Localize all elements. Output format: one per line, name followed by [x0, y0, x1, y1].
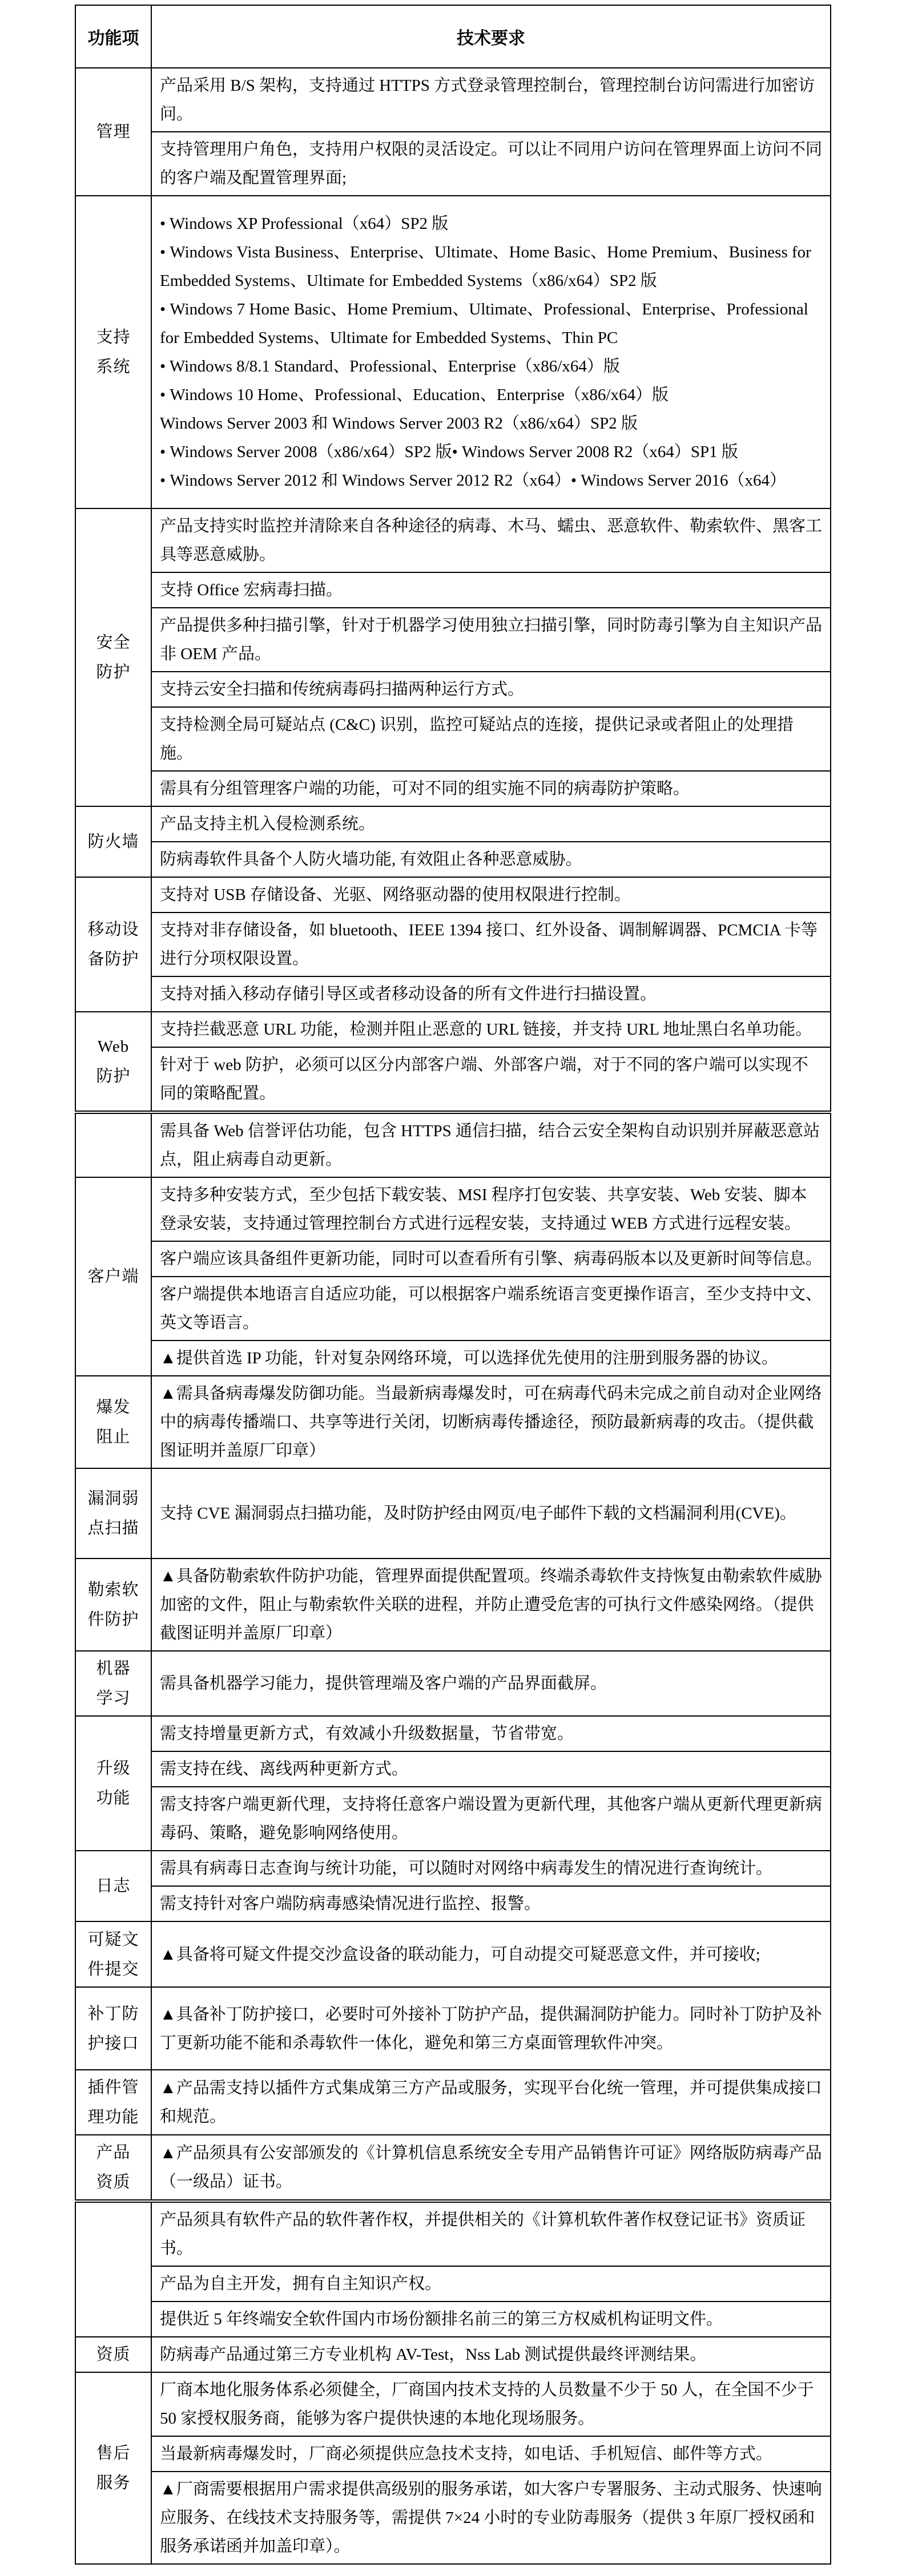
group-label-management: 管理	[75, 68, 151, 196]
table-row: 需支持针对客户端防病毒感染情况进行监控、报警。	[75, 1886, 831, 1921]
table-row: 支持 Office 宏病毒扫描。	[75, 572, 831, 608]
requirement-cell: ▲需具备病毒爆发防御功能。当最新病毒爆发时，可在病毒代码未完成之前自动对企业网络…	[151, 1376, 831, 1468]
requirement-cell: 支持对非存储设备，如 bluetooth、IEEE 1394 接口、红外设备、调…	[151, 912, 831, 976]
table-header-row: 功能项 技术要求	[75, 5, 831, 68]
table-row: 产品须具有软件产品的软件著作权，并提供相关的《计算机软件著作权登记证书》资质证书…	[75, 2201, 831, 2266]
requirement-cell: 产品支持实时监控并清除来自各种途径的病毒、木马、蠕虫、恶意软件、勒索软件、黑客工…	[151, 508, 831, 572]
requirement-cell: 需支持客户端更新代理，支持将任意客户端设置为更新代理，其他客户端从更新代理更新病…	[151, 1787, 831, 1851]
group-label-upgrade: 升级 功能	[75, 1716, 151, 1851]
requirement-cell: 需具备 Web 信誉评估功能，包含 HTTPS 通信扫描，结合云安全架构自动识别…	[151, 1112, 831, 1177]
table-row: 当最新病毒爆发时，厂商必须提供应急技术支持，如电话、手机短信、邮件等方式。	[75, 2436, 831, 2472]
requirement-cell: 当最新病毒爆发时，厂商必须提供应急技术支持，如电话、手机短信、邮件等方式。	[151, 2436, 831, 2472]
table-row: 产品提供多种扫描引擎，针对于机器学习使用独立扫描引擎，同时防毒引擎为自主知识产品…	[75, 608, 831, 672]
group-label-client: 客户端	[75, 1177, 151, 1376]
requirement-cell: 支持云安全扫描和传统病毒码扫描两种运行方式。	[151, 672, 831, 707]
table-row: 客户端 支持多种安装方式，至少包括下载安装、MSI 程序打包安装、共享安装、We…	[75, 1177, 831, 1241]
table-row: 升级 功能 需支持增量更新方式，有效减小升级数据量，节省带宽。	[75, 1716, 831, 1751]
table-row: 补丁防 护接口 ▲具备补丁防护接口，必要时可外接补丁防护产品，提供漏洞防护能力。…	[75, 1987, 831, 2070]
requirement-cell: 产品为自主开发，拥有自主知识产权。	[151, 2266, 831, 2302]
group-label-copyright-qualification-empty	[75, 2201, 151, 2337]
group-label-after-sales-service: 售后 服务	[75, 2372, 151, 2564]
requirement-cell: 产品支持主机入侵检测系统。	[151, 806, 831, 842]
requirement-cell: 厂商本地化服务体系必须健全，厂商国内技术支持的人员数量不少于 50 人，在全国不…	[151, 2372, 831, 2436]
table-row: 产品为自主开发，拥有自主知识产权。	[75, 2266, 831, 2302]
requirement-cell: 防病毒产品通过第三方专业机构 AV-Test，Nss Lab 测试提供最终评测结…	[151, 2337, 831, 2372]
group-label-mobile-device-protection: 移动设 备防护	[75, 877, 151, 1012]
table-row: 支持 系统 • Windows XP Professional（x64）SP2 …	[75, 196, 831, 508]
requirement-cell: 需支持针对客户端防病毒感染情况进行监控、报警。	[151, 1886, 831, 1921]
group-label-logs: 日志	[75, 1851, 151, 1921]
table-row: 需支持客户端更新代理，支持将任意客户端设置为更新代理，其他客户端从更新代理更新病…	[75, 1787, 831, 1851]
requirement-cell: 需具备机器学习能力，提供管理端及客户端的产品界面截屏。	[151, 1651, 831, 1716]
requirement-cell: 需支持增量更新方式，有效减小升级数据量，节省带宽。	[151, 1716, 831, 1751]
table-row: 支持管理用户角色，支持用户权限的灵活设定。可以让不同用户访问在管理界面上访问不同…	[75, 132, 831, 196]
group-label-firewall: 防火墙	[75, 806, 151, 877]
requirement-cell: 客户端提供本地语言自适应功能，可以根据客户端系统语言变更操作语言，至少支持中文、…	[151, 1277, 831, 1341]
group-label-ransomware-protection: 勒索软 件防护	[75, 1558, 151, 1651]
group-label-web-protection: Web 防护	[75, 1012, 151, 1112]
requirement-cell: 支持对 USB 存储设备、光驱、网络驱动器的使用权限进行控制。	[151, 877, 831, 912]
table-row: 管理 产品采用 B/S 架构，支持通过 HTTPS 方式登录管理控制台，管理控制…	[75, 68, 831, 132]
requirement-cell: 支持 CVE 漏洞弱点扫描功能，及时防护经由网页/电子邮件下载的文档漏洞利用(C…	[151, 1468, 831, 1558]
table-row: 勒索软 件防护 ▲具备防勒索软件防护功能，管理界面提供配置项。终端杀毒软件支持恢…	[75, 1558, 831, 1651]
table-row: 移动设 备防护 支持对 USB 存储设备、光驱、网络驱动器的使用权限进行控制。	[75, 877, 831, 912]
table-row: 产品 资质 ▲产品须具有公安部颁发的《计算机信息系统安全专用产品销售许可证》网络…	[75, 2135, 831, 2201]
requirement-cell: 产品采用 B/S 架构，支持通过 HTTPS 方式登录管理控制台，管理控制台访问…	[151, 68, 831, 132]
requirement-cell: 需支持在线、离线两种更新方式。	[151, 1751, 831, 1787]
table-row: 机器 学习 需具备机器学习能力，提供管理端及客户端的产品界面截屏。	[75, 1651, 831, 1716]
requirement-cell: ▲厂商需要根据用户需求提供高级别的服务承诺，如大客户专署服务、主动式服务、快速响…	[151, 2472, 831, 2564]
group-label-web-reputation-empty	[75, 1112, 151, 1177]
table-row: 需具有分组管理客户端的功能，可对不同的组实施不同的病毒防护策略。	[75, 771, 831, 806]
table-row: 支持对插入移动存储引导区或者移动设备的所有文件进行扫描设置。	[75, 976, 831, 1012]
group-label-outbreak-prevention: 爆发 阻止	[75, 1376, 151, 1468]
table-row: 需支持在线、离线两种更新方式。	[75, 1751, 831, 1787]
group-label-security-protection: 安全 防护	[75, 508, 151, 806]
table-row: 支持对非存储设备，如 bluetooth、IEEE 1394 接口、红外设备、调…	[75, 912, 831, 976]
group-label-product-certification: 产品 资质	[75, 2135, 151, 2201]
requirement-cell: ▲具备防勒索软件防护功能，管理界面提供配置项。终端杀毒软件支持恢复由勒索软件威胁…	[151, 1558, 831, 1651]
table-row: 针对于 web 防护，必须可以区分内部客户端、外部客户端，对于不同的客户端可以实…	[75, 1047, 831, 1112]
requirement-cell: 产品提供多种扫描引擎，针对于机器学习使用独立扫描引擎，同时防毒引擎为自主知识产品…	[151, 608, 831, 672]
requirement-cell: 支持 Office 宏病毒扫描。	[151, 572, 831, 608]
table-row: 漏洞弱 点扫描 支持 CVE 漏洞弱点扫描功能，及时防护经由网页/电子邮件下载的…	[75, 1468, 831, 1558]
table-row: 客户端提供本地语言自适应功能，可以根据客户端系统语言变更操作语言，至少支持中文、…	[75, 1277, 831, 1341]
group-label-suspicious-file-submission: 可疑文 件提交	[75, 1921, 151, 1987]
requirement-cell: 支持对插入移动存储引导区或者移动设备的所有文件进行扫描设置。	[151, 976, 831, 1012]
requirements-table: 功能项 技术要求 管理 产品采用 B/S 架构，支持通过 HTTPS 方式登录管…	[75, 5, 831, 2565]
table-row: 日志 需具有病毒日志查询与统计功能，可以随时对网络中病毒发生的情况进行查询统计。	[75, 1851, 831, 1886]
requirement-cell: • Windows XP Professional（x64）SP2 版 • Wi…	[151, 196, 831, 508]
requirement-cell: 针对于 web 防护，必须可以区分内部客户端、外部客户端，对于不同的客户端可以实…	[151, 1047, 831, 1112]
group-label-vulnerability-scan: 漏洞弱 点扫描	[75, 1468, 151, 1558]
requirement-cell: 需具有分组管理客户端的功能，可对不同的组实施不同的病毒防护策略。	[151, 771, 831, 806]
table-row: 需具备 Web 信誉评估功能，包含 HTTPS 通信扫描，结合云安全架构自动识别…	[75, 1112, 831, 1177]
requirement-cell: ▲具备将可疑文件提交沙盒设备的联动能力，可自动提交可疑恶意文件，并可接收;	[151, 1921, 831, 1987]
requirement-cell: 需具有病毒日志查询与统计功能，可以随时对网络中病毒发生的情况进行查询统计。	[151, 1851, 831, 1886]
requirement-cell: 防病毒软件具备个人防火墙功能, 有效阻止各种恶意威胁。	[151, 842, 831, 877]
group-label-plugin-management: 插件管 理功能	[75, 2070, 151, 2135]
header-tech-requirement: 技术要求	[151, 5, 831, 68]
table-row: 客户端应该具备组件更新功能，同时可以查看所有引擎、病毒码版本以及更新时间等信息。	[75, 1241, 831, 1277]
table-row: ▲提供首选 IP 功能，针对复杂网络环境，可以选择优先使用的注册到服务器的协议。	[75, 1341, 831, 1376]
table-row: 资质 防病毒产品通过第三方专业机构 AV-Test，Nss Lab 测试提供最终…	[75, 2337, 831, 2372]
table-row: 插件管 理功能 ▲产品需支持以插件方式集成第三方产品或服务，实现平台化统一管理，…	[75, 2070, 831, 2135]
group-label-machine-learning: 机器 学习	[75, 1651, 151, 1716]
requirement-cell: ▲具备补丁防护接口，必要时可外接补丁防护产品，提供漏洞防护能力。同时补丁防护及补…	[151, 1987, 831, 2070]
requirement-cell: ▲提供首选 IP 功能，针对复杂网络环境，可以选择优先使用的注册到服务器的协议。	[151, 1341, 831, 1376]
requirement-cell: 支持多种安装方式，至少包括下载安装、MSI 程序打包安装、共享安装、Web 安装…	[151, 1177, 831, 1241]
table-row: 防火墙 产品支持主机入侵检测系统。	[75, 806, 831, 842]
table-row: 提供近 5 年终端安全软件国内市场份额排名前三的第三方权威机构证明文件。	[75, 2302, 831, 2337]
requirement-cell: ▲产品须具有公安部颁发的《计算机信息系统安全专用产品销售许可证》网络版防病毒产品…	[151, 2135, 831, 2201]
table-row: 支持云安全扫描和传统病毒码扫描两种运行方式。	[75, 672, 831, 707]
requirement-cell: 支持检测全局可疑站点 (C&C) 识别，监控可疑站点的连接，提供记录或者阻止的处…	[151, 707, 831, 771]
table-row: 支持检测全局可疑站点 (C&C) 识别，监控可疑站点的连接，提供记录或者阻止的处…	[75, 707, 831, 771]
requirement-cell: ▲产品需支持以插件方式集成第三方产品或服务，实现平台化统一管理，并可提供集成接口…	[151, 2070, 831, 2135]
table-row: 安全 防护 产品支持实时监控并清除来自各种途径的病毒、木马、蠕虫、恶意软件、勒索…	[75, 508, 831, 572]
table-row: 可疑文 件提交 ▲具备将可疑文件提交沙盒设备的联动能力，可自动提交可疑恶意文件，…	[75, 1921, 831, 1987]
group-label-supported-os: 支持 系统	[75, 196, 151, 508]
table-row: 爆发 阻止 ▲需具备病毒爆发防御功能。当最新病毒爆发时，可在病毒代码未完成之前自…	[75, 1376, 831, 1468]
group-label-qualification: 资质	[75, 2337, 151, 2372]
requirement-cell: 产品须具有软件产品的软件著作权，并提供相关的《计算机软件著作权登记证书》资质证书…	[151, 2201, 831, 2266]
table-row: ▲厂商需要根据用户需求提供高级别的服务承诺，如大客户专署服务、主动式服务、快速响…	[75, 2472, 831, 2564]
header-function-item: 功能项	[75, 5, 151, 68]
requirement-cell: 客户端应该具备组件更新功能，同时可以查看所有引擎、病毒码版本以及更新时间等信息。	[151, 1241, 831, 1277]
requirement-cell: 提供近 5 年终端安全软件国内市场份额排名前三的第三方权威机构证明文件。	[151, 2302, 831, 2337]
table-row: 防病毒软件具备个人防火墙功能, 有效阻止各种恶意威胁。	[75, 842, 831, 877]
group-label-patch-protection-interface: 补丁防 护接口	[75, 1987, 151, 2070]
table-row: 售后 服务 厂商本地化服务体系必须健全，厂商国内技术支持的人员数量不少于 50 …	[75, 2372, 831, 2436]
table-row: Web 防护 支持拦截恶意 URL 功能，检测并阻止恶意的 URL 链接，并支持…	[75, 1012, 831, 1047]
requirement-cell: 支持管理用户角色，支持用户权限的灵活设定。可以让不同用户访问在管理界面上访问不同…	[151, 132, 831, 196]
requirement-cell: 支持拦截恶意 URL 功能，检测并阻止恶意的 URL 链接，并支持 URL 地址…	[151, 1012, 831, 1047]
